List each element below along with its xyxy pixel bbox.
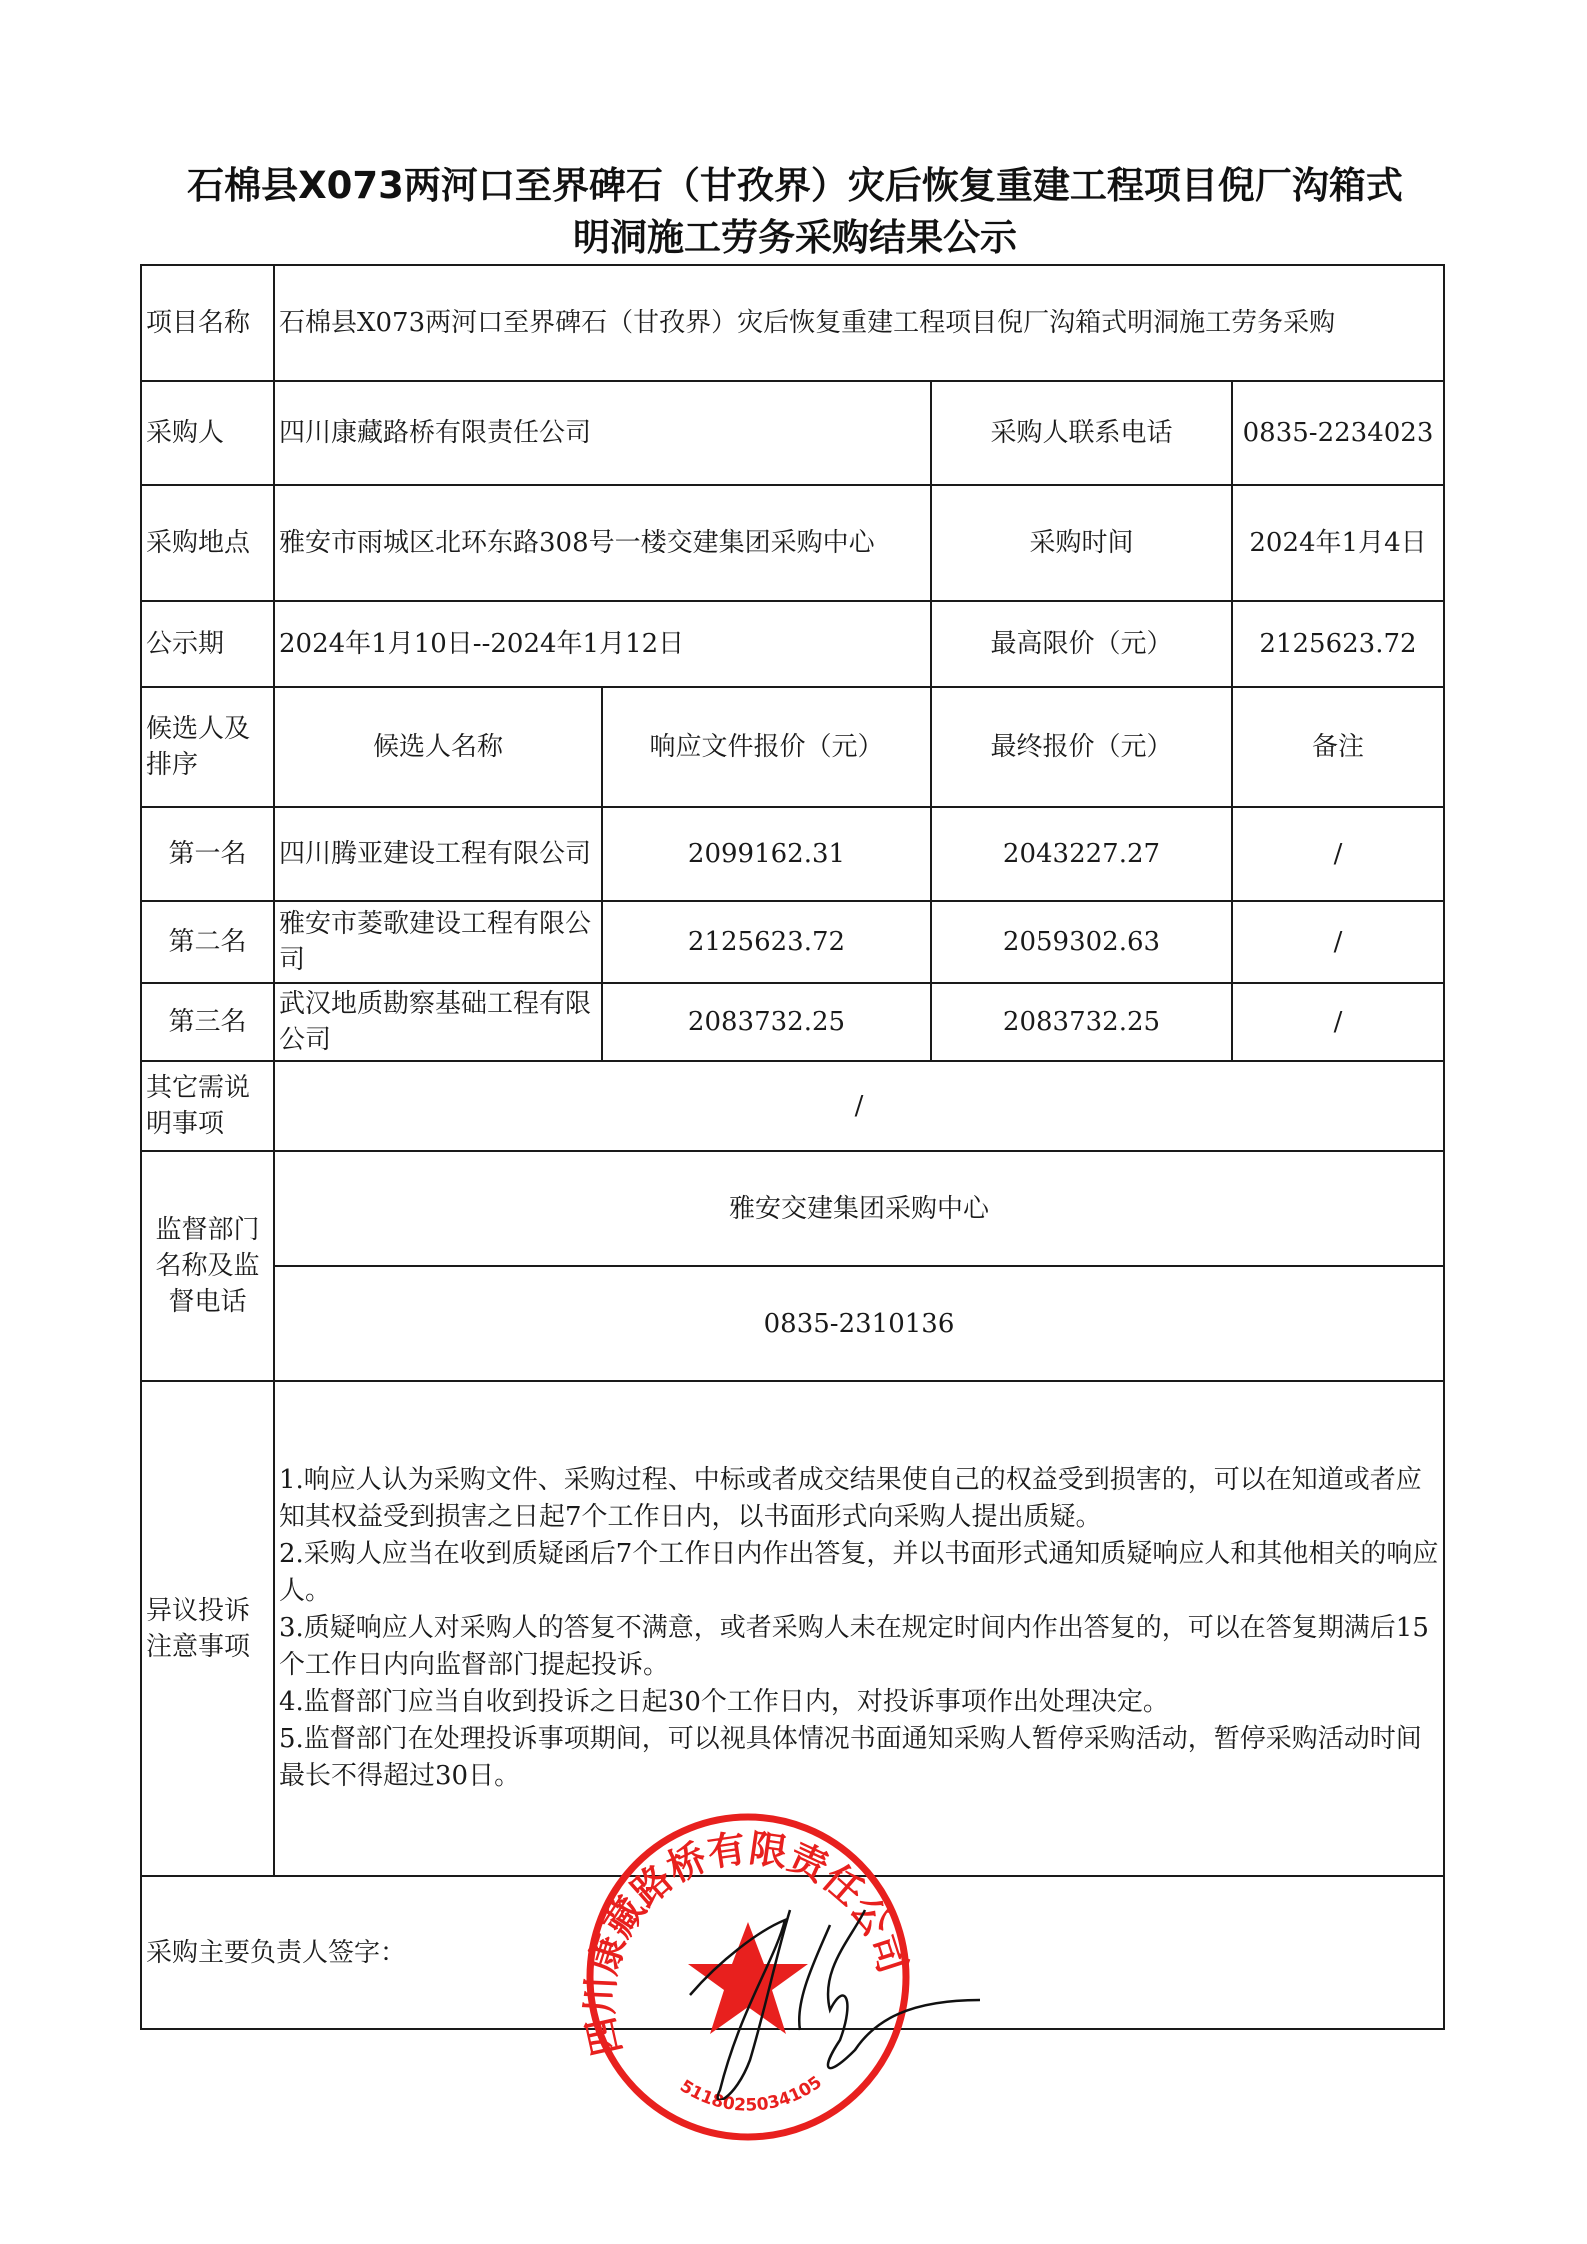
row-other-notes: 其它需说明事项 / [141, 1061, 1444, 1151]
row-location: 采购地点 雅安市雨城区北环东路308号一楼交建集团采购中心 采购时间 2024年… [141, 485, 1444, 601]
candidate-response-price: 2125623.72 [602, 901, 931, 983]
other-value: / [274, 1061, 1444, 1151]
time-label: 采购时间 [931, 485, 1232, 601]
row-candidate-header: 候选人及排序 候选人名称 响应文件报价（元） 最终报价（元） 备注 [141, 687, 1444, 807]
candidate-final-price: 2043227.27 [931, 807, 1232, 901]
header-final-price: 最终报价（元） [931, 687, 1232, 807]
objection-item: 1.响应人认为采购文件、采购过程、中标或者成交结果使自己的权益受到损害的，可以在… [279, 1462, 1439, 1536]
table-row: 第三名 武汉地质勘察基础工程有限公司 2083732.25 2083732.25… [141, 983, 1444, 1061]
objection-item: 3.质疑响应人对采购人的答复不满意，或者采购人未在规定时间内作出答复的，可以在答… [279, 1610, 1439, 1684]
candidate-name: 武汉地质勘察基础工程有限公司 [274, 983, 602, 1061]
project-name-value: 石棉县X073两河口至界碑石（甘孜界）灾后恢复重建工程项目倪厂沟箱式明洞施工劳务… [274, 265, 1444, 381]
location-value: 雅安市雨城区北环东路308号一楼交建集团采购中心 [274, 485, 931, 601]
time-value: 2024年1月4日 [1232, 485, 1444, 601]
purchaser-label: 采购人 [141, 381, 274, 485]
candidate-name: 四川腾亚建设工程有限公司 [274, 807, 602, 901]
candidate-rank: 第二名 [141, 901, 274, 983]
candidate-rank: 第一名 [141, 807, 274, 901]
objection-notes: 1.响应人认为采购文件、采购过程、中标或者成交结果使自己的权益受到损害的，可以在… [274, 1381, 1444, 1876]
other-label: 其它需说明事项 [141, 1061, 274, 1151]
header-candidate-name: 候选人名称 [274, 687, 602, 807]
candidate-final-price: 2059302.63 [931, 901, 1232, 983]
objection-item: 2.采购人应当在收到质疑函后7个工作日内作出答复，并以书面形式通知质疑响应人和其… [279, 1536, 1439, 1610]
supervisor-name: 雅安交建集团采购中心 [274, 1151, 1444, 1266]
publicity-value: 2024年1月10日--2024年1月12日 [274, 601, 931, 687]
candidate-rank: 第三名 [141, 983, 274, 1061]
row-supervisor-phone: 0835-2310136 [141, 1266, 1444, 1381]
title-line-1: 石棉县X073两河口至界碑石（甘孜界）灾后恢复重建工程项目倪厂沟箱式 [130, 160, 1460, 212]
document-title: 石棉县X073两河口至界碑石（甘孜界）灾后恢复重建工程项目倪厂沟箱式 明洞施工劳… [130, 160, 1460, 264]
project-name-label: 项目名称 [141, 265, 274, 381]
row-signature: 采购主要负责人签字： [141, 1876, 1444, 2029]
header-remark: 备注 [1232, 687, 1444, 807]
max-price-value: 2125623.72 [1232, 601, 1444, 687]
stamp-code: 5118025034105 [676, 2072, 826, 2115]
objection-item: 4.监督部门应当自收到投诉之日起30个工作日内，对投诉事项作出处理决定。 [279, 1684, 1439, 1721]
svg-text:5118025034105: 5118025034105 [676, 2072, 826, 2115]
purchaser-phone-label: 采购人联系电话 [931, 381, 1232, 485]
max-price-label: 最高限价（元） [931, 601, 1232, 687]
row-supervisor-name: 监督部门名称及监督电话 雅安交建集团采购中心 [141, 1151, 1444, 1266]
header-response-price: 响应文件报价（元） [602, 687, 931, 807]
candidates-label: 候选人及排序 [141, 687, 274, 807]
objection-item: 5.监督部门在处理投诉事项期间，可以视具体情况书面通知采购人暂停采购活动，暂停采… [279, 1721, 1439, 1795]
candidate-remark: / [1232, 901, 1444, 983]
row-purchaser: 采购人 四川康藏路桥有限责任公司 采购人联系电话 0835-2234023 [141, 381, 1444, 485]
candidate-response-price: 2083732.25 [602, 983, 931, 1061]
supervisor-phone: 0835-2310136 [274, 1266, 1444, 1381]
table-row: 第二名 雅安市菱歌建设工程有限公司 2125623.72 2059302.63 … [141, 901, 1444, 983]
candidate-remark: / [1232, 983, 1444, 1061]
row-project-name: 项目名称 石棉县X073两河口至界碑石（甘孜界）灾后恢复重建工程项目倪厂沟箱式明… [141, 265, 1444, 381]
publicity-label: 公示期 [141, 601, 274, 687]
objection-label: 异议投诉注意事项 [141, 1381, 274, 1876]
row-objection: 异议投诉注意事项 1.响应人认为采购文件、采购过程、中标或者成交结果使自己的权益… [141, 1381, 1444, 1876]
location-label: 采购地点 [141, 485, 274, 601]
candidate-final-price: 2083732.25 [931, 983, 1232, 1061]
signature-label: 采购主要负责人签字： [141, 1876, 1444, 2029]
row-publicity: 公示期 2024年1月10日--2024年1月12日 最高限价（元） 21256… [141, 601, 1444, 687]
table-row: 第一名 四川腾亚建设工程有限公司 2099162.31 2043227.27 / [141, 807, 1444, 901]
candidate-response-price: 2099162.31 [602, 807, 931, 901]
candidate-remark: / [1232, 807, 1444, 901]
purchaser-phone-value: 0835-2234023 [1232, 381, 1444, 485]
supervisor-label: 监督部门名称及监督电话 [141, 1151, 274, 1381]
procurement-result-table: 项目名称 石棉县X073两河口至界碑石（甘孜界）灾后恢复重建工程项目倪厂沟箱式明… [140, 264, 1445, 2030]
candidate-name: 雅安市菱歌建设工程有限公司 [274, 901, 602, 983]
title-line-2: 明洞施工劳务采购结果公示 [130, 212, 1460, 264]
purchaser-value: 四川康藏路桥有限责任公司 [274, 381, 931, 485]
